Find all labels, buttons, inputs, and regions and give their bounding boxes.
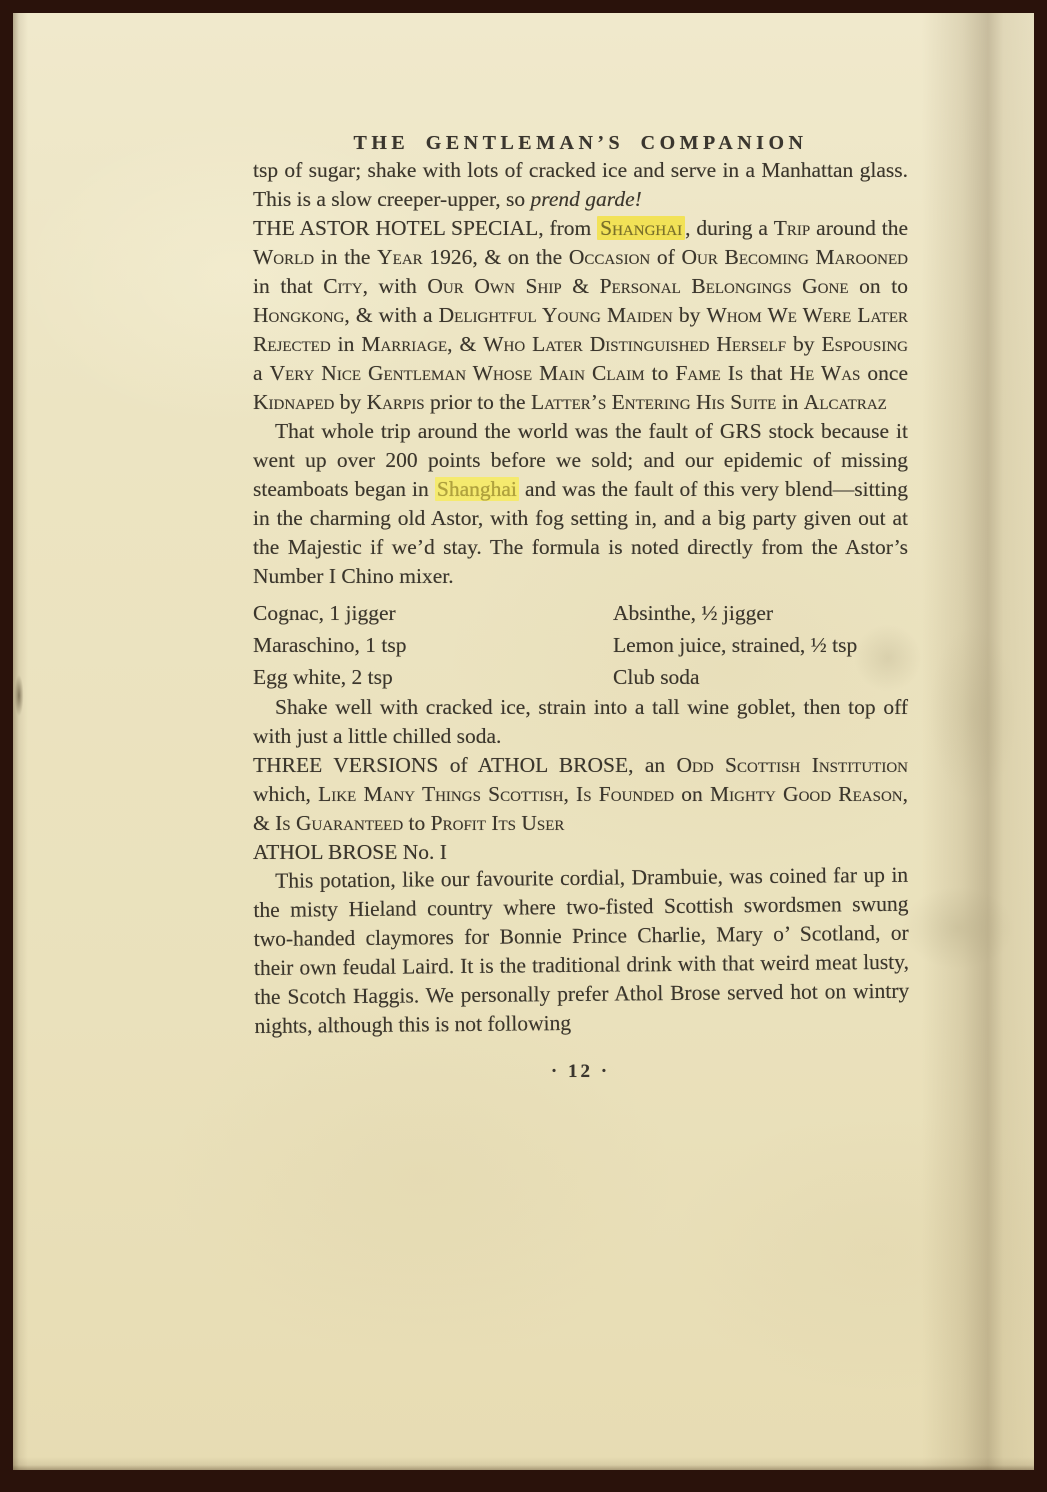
search-highlight: Shanghai <box>597 216 685 240</box>
styled-text: Very Nice Gentleman Whose Main Claim <box>270 361 645 385</box>
ingredient-item: Absinthe, ½ jigger <box>613 597 908 629</box>
blocks-container: tsp of sugar; shake with lots of cracked… <box>253 156 908 1041</box>
styled-text: Occasion <box>569 245 650 269</box>
styled-text: Delightful Young Maiden <box>439 303 673 327</box>
styled-text: Fame Is <box>675 361 743 385</box>
search-highlight: Shanghai <box>435 477 519 501</box>
running-header: THE GENTLEMAN’S COMPANION <box>253 130 908 156</box>
intro-continuation: tsp of sugar; shake with lots of cracked… <box>253 156 908 214</box>
styled-text: Odd Scottish Institution <box>677 753 909 777</box>
screenshot-root: { "page": { "running_header": "THE GENTL… <box>0 0 1047 1492</box>
styled-text: prend garde! <box>531 187 642 211</box>
styled-text: World <box>253 245 314 269</box>
styled-text: Trip <box>774 216 810 240</box>
styled-text: Is Guaranteed <box>275 811 403 835</box>
ingredient-column-right: Absinthe, ½ jiggerLemon juice, strained,… <box>613 597 908 693</box>
athol-brose-intro: THREE VERSIONS of ATHOL BROSE, an Odd Sc… <box>253 751 908 838</box>
athol-brose-description: This potation, like our favourite cordia… <box>253 861 910 1041</box>
styled-text: Karpis <box>367 390 425 414</box>
styled-text: Profit Its User <box>431 811 565 835</box>
styled-text: Latter’s Entering His Suite <box>531 390 776 414</box>
trip-story: That whole trip around the world was the… <box>253 417 908 591</box>
styled-text: Kidnaped <box>253 390 334 414</box>
text-column: THE GENTLEMAN’S COMPANION tsp of sugar; … <box>253 130 908 1086</box>
ingredient-item: Lemon juice, strained, ½ tsp <box>613 629 908 661</box>
ingredient-item: Maraschino, 1 tsp <box>253 629 613 661</box>
styled-text: Like Many Things Scottish, Is Founded <box>318 782 674 806</box>
styled-text: Year <box>377 245 423 269</box>
shake-instructions: Shake well with cracked ice, strain into… <box>253 693 908 751</box>
astor-hotel-special: THE ASTOR HOTEL SPECIAL, from Shanghai, … <box>253 214 908 417</box>
styled-text: Marriage <box>361 332 447 356</box>
styled-text: Alcatraz <box>804 390 887 414</box>
styled-text: Our Becoming Marooned <box>682 245 908 269</box>
styled-text: Mighty Good Reason <box>710 782 903 806</box>
book-page-scan: ’ THE GENTLEMAN’S COMPANION tsp of sugar… <box>13 13 1034 1470</box>
page-gutter-shading <box>918 603 1028 823</box>
ingredient-column-left: Cognac, 1 jiggerMaraschino, 1 tspEgg whi… <box>253 597 613 693</box>
styled-text: Espousing <box>822 332 909 356</box>
ingredient-item: Egg white, 2 tsp <box>253 661 613 693</box>
styled-text: City <box>323 274 362 298</box>
styled-text: Our Own Ship & Personal Belongings Gone <box>427 274 848 298</box>
styled-text: Hongkong <box>253 303 344 327</box>
astor-recipe: Cognac, 1 jiggerMaraschino, 1 tspEgg whi… <box>253 597 908 693</box>
styled-text: Who Later Distinguished Herself <box>483 332 786 356</box>
page-edge-smudge <box>13 668 25 723</box>
ingredient-item: Cognac, 1 jigger <box>253 597 613 629</box>
styled-text: He Was <box>790 361 861 385</box>
page-number: · 12 · <box>253 1057 908 1086</box>
ingredient-item: Club soda <box>613 661 908 693</box>
